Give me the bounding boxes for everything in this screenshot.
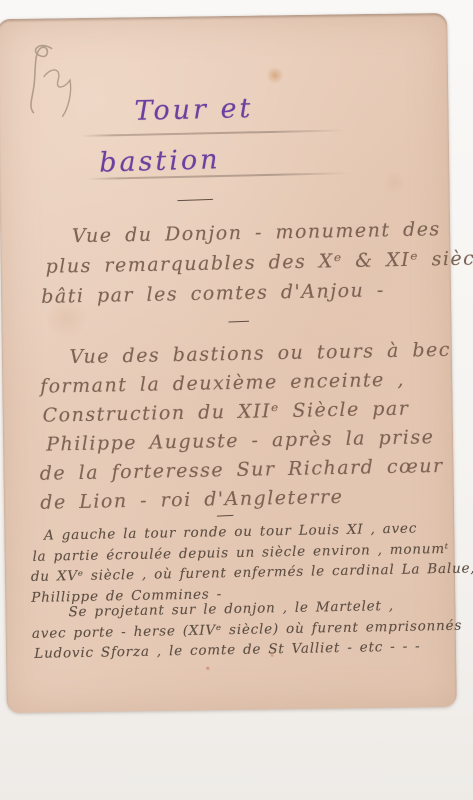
- title-line-1: Tour et: [134, 93, 254, 127]
- pencil-scribble-icon: [23, 38, 76, 127]
- section-divider-dash: —: [227, 313, 250, 329]
- title-underline-1: [81, 129, 345, 137]
- paragraph-donjon: Vue du Donjon - monument des plus remarq…: [40, 213, 473, 312]
- stain: [381, 171, 407, 193]
- paragraph-tour-ronde-martelet: A gauche la tour ronde ou tour Louis XI …: [30, 517, 473, 664]
- title-divider-dash: —: [175, 191, 216, 207]
- stain: [205, 666, 210, 670]
- section-divider-dash: —: [216, 507, 235, 523]
- scanned-document: { "colors": { "scanner_background": "#f6…: [0, 0, 473, 800]
- paragraph-bastions: Vue des bastions ou tours à bec formant …: [37, 336, 454, 518]
- stain: [266, 67, 284, 83]
- photo-card-back: Tour et bastion — Vue du Donjon - monume…: [0, 13, 457, 713]
- title-line-2: bastion: [99, 144, 221, 178]
